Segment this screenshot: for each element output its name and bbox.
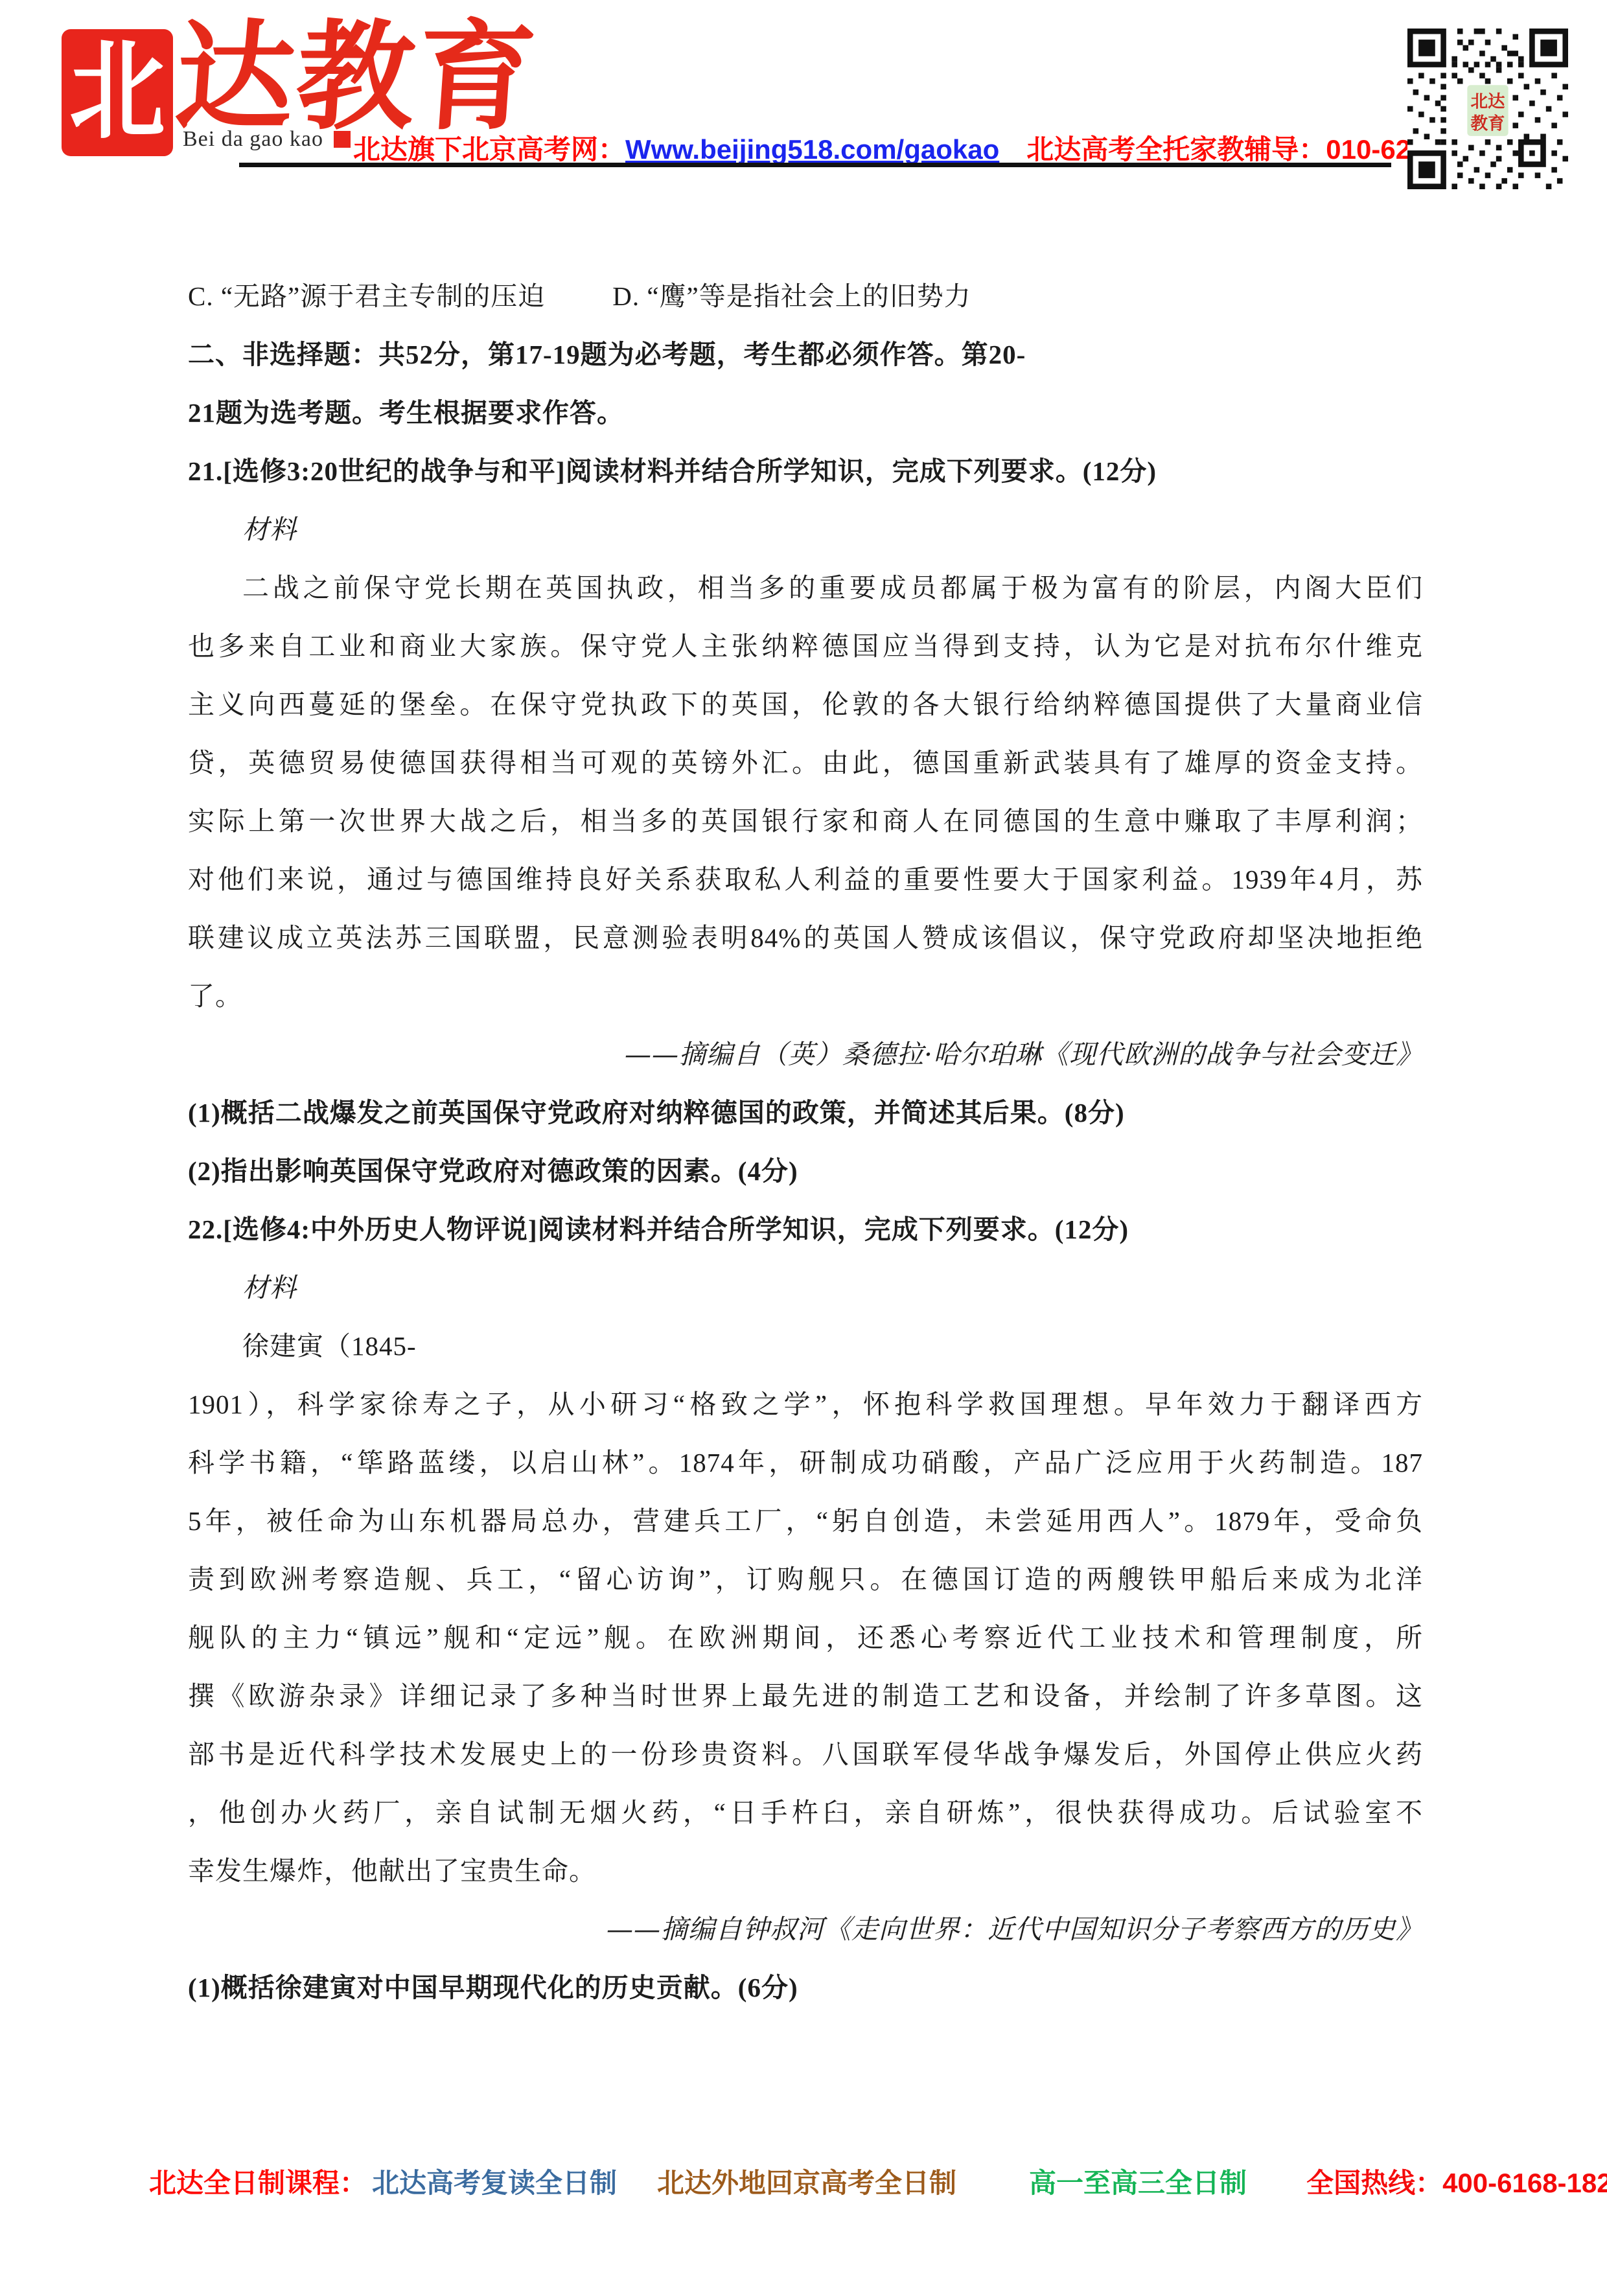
section-intro-line-2: 21题为选考题。考生根据要求作答。 xyxy=(188,384,1423,442)
q22-paragraph-line: 责到欧洲考察造舰、兵工，“留心访询”，订购舰只。在德国订造的两艘铁甲船后来成为北… xyxy=(188,1550,1423,1608)
footer-item-fudu: 北达高考复读全日制 xyxy=(372,2168,617,2198)
seal-character: 北 xyxy=(69,39,165,146)
q22-paragraph-line: 部书是近代科学技术发展史上的一份珍贵资料。八国联军侵华战争爆发后，外国停止供应火… xyxy=(188,1725,1423,1783)
q22-material-label: 材料 xyxy=(188,1258,1423,1317)
qr-code: 北达 教育 xyxy=(1407,29,1568,189)
tutor-label: 北达高考全托家教辅导： xyxy=(1026,134,1326,165)
exam-body: C. “无路”源于君主专制的压迫D. “鹰”等是指社会上的旧势力 二、非选择题：… xyxy=(188,267,1423,2017)
q21-paragraph-line: 联建议成立英法苏三国联盟，民意测验表明84%的英国人赞成该倡议，保守党政府却坚决… xyxy=(188,909,1423,967)
q21-material-label: 材料 xyxy=(188,500,1423,559)
q21-paragraph-line: 二战之前保守党长期在英国执政，相当多的重要成员都属于极为富有的阶层，内阁大臣们 xyxy=(188,559,1423,617)
q22-citation: ——摘编自钟叔河《走向世界：近代中国知识分子考察西方的历史》 xyxy=(188,1900,1423,1958)
page-footer: 北达全日制课程：北达高考复读全日制北达外地回京高考全日制高一至高三全日制全国热线… xyxy=(149,2162,1458,2201)
q22-paragraph-line: 舰队的主力“镇远”舰和“定远”舰。在欧洲期间，还悉心考察近代工业技术和管理制度，… xyxy=(188,1608,1423,1667)
brand-subtitle-text: Bei da gao kao xyxy=(183,127,323,152)
header-links: 北达旗下北京高考网：Www.beijing518.com/gaokao北达高考全… xyxy=(353,128,1501,167)
q22-paragraph-line: 科学书籍，“筚路蓝缕，以启山林”。1874年，研制成功硝酸，产品广泛应用于火药制… xyxy=(188,1433,1423,1492)
q21-paragraph-line: 也多来自工业和商业大家族。保守党人主张纳粹德国应当得到支持，认为它是对抗布尔什维… xyxy=(188,617,1423,675)
footer-hotline: 全国热线：400-6168-182 xyxy=(1306,2168,1607,2198)
q22-paragraph-line: 5年，被任命为山东机器局总办，营建兵工厂，“躬自创造，未尝延用西人”。1879年… xyxy=(188,1492,1423,1550)
option-row: C. “无路”源于君主专制的压迫D. “鹰”等是指社会上的旧势力 xyxy=(188,267,1423,325)
footer-item-huijing: 北达外地回京高考全日制 xyxy=(657,2168,956,2198)
brand-calligraphy-text: 达教育 xyxy=(171,5,542,148)
beida-seal-logo: 北 xyxy=(62,29,173,156)
q21-paragraph-line: 实际上第一次世界大战之后，相当多的英国银行家和商人在同德国的生意中赚取了丰厚利润… xyxy=(188,792,1423,850)
exam-page: 北 达教育 Bei da gao kao 北达旗下北京高考网：Www.beiji… xyxy=(0,0,1607,2296)
q21-subquestion-2: (2)指出影响英国保守党政府对德政策的因素。(4分) xyxy=(188,1142,1423,1200)
q21-paragraph-line: 了。 xyxy=(188,967,1423,1025)
site-label: 北达旗下北京高考网： xyxy=(353,134,625,165)
footer-label: 北达全日制课程： xyxy=(149,2168,367,2198)
q21-stem: 21.[选修3:20世纪的战争与和平]阅读材料并结合所学知识，完成下列要求。(1… xyxy=(188,442,1423,500)
brand-subtitle: Bei da gao kao xyxy=(183,127,351,152)
gaokao-site-link[interactable]: Www.beijing518.com/gaokao xyxy=(625,134,999,165)
q21-citation: ——摘编自（英）桑德拉·哈尔珀琳《现代欧洲的战争与社会变迁》 xyxy=(188,1025,1423,1084)
q22-paragraph-line: 幸发生爆炸，他献出了宝贵生命。 xyxy=(188,1842,1423,1900)
option-c: C. “无路”源于君主专制的压迫 xyxy=(188,281,545,311)
footer-item-gaosan: 高一至高三全日制 xyxy=(1029,2168,1247,2198)
q22-paragraph-line: ，他创办火药厂，亲自试制无烟火药，“日手杵臼，亲自研炼”，很快获得成功。后试验室… xyxy=(188,1783,1423,1842)
q21-paragraph-line: 对他们来说，通过与德国维持良好关系获取私人利益的重要性要大于国家利益。1939年… xyxy=(188,850,1423,909)
qr-center-label-line2: 教育 xyxy=(1471,114,1505,133)
section-intro-line-1: 二、非选择题：共52分，第17-19题为必考题，考生都必须作答。第20- xyxy=(188,325,1423,384)
q22-stem: 22.[选修4:中外历史人物评说]阅读材料并结合所学知识，完成下列要求。(12分… xyxy=(188,1200,1423,1258)
q22-paragraph-line: 徐建寅（1845- xyxy=(188,1317,1423,1375)
q22-paragraph-line: 撰《欧游杂录》详细记录了多种当时世界上最先进的制造工艺和设备，并绘制了许多草图。… xyxy=(188,1667,1423,1725)
option-d: D. “鹰”等是指社会上的旧势力 xyxy=(612,281,971,311)
q22-subquestion-1: (1)概括徐建寅对中国早期现代化的历史贡献。(6分) xyxy=(188,1958,1423,2017)
q21-paragraph-line: 主义向西蔓延的堡垒。在保守党执政下的英国，伦敦的各大银行给纳粹德国提供了大量商业… xyxy=(188,675,1423,734)
q22-paragraph-line: 1901），科学家徐寿之子，从小研习“格致之学”，怀抱科学救国理想。早年效力于翻… xyxy=(188,1375,1423,1433)
qr-center-label-line1: 北达 xyxy=(1471,91,1506,111)
q21-subquestion-1: (1)概括二战爆发之前英国保守党政府对纳粹德国的政策，并简述其后果。(8分) xyxy=(188,1084,1423,1142)
q21-paragraph-line: 贷，英德贸易使德国获得相当可观的英镑外汇。由此，德国重新武装具有了雄厚的资金支持… xyxy=(188,734,1423,792)
header-divider-line xyxy=(239,163,1391,167)
red-square-bullet xyxy=(334,131,351,148)
